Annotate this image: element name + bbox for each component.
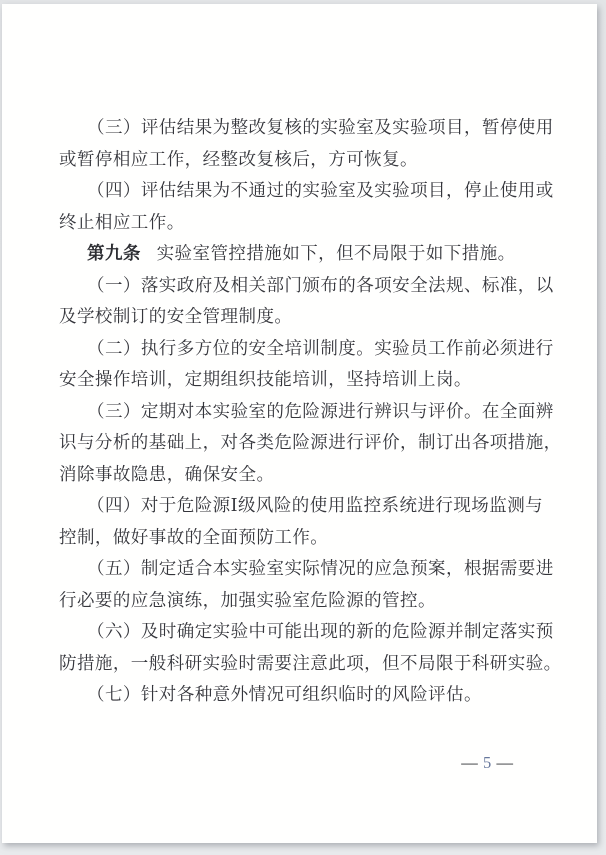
page-number-dash-right: — — [497, 753, 514, 772]
document-line: （三）定期对本实验室的危险源进行辨识与评价。在全面辨 — [59, 396, 553, 428]
document-line: （三）评估结果为整改复核的实验室及实验项目，暂停使用 — [59, 112, 553, 144]
document-line: 消除事故隐患，确保安全。 — [59, 459, 553, 491]
page-number: —5— — [461, 753, 513, 773]
page-number-dash-left: — — [461, 753, 478, 772]
document-line: （四）评估结果为不通过的实验室及实验项目，停止使用或 — [59, 175, 553, 207]
document-line: （五）制定适合本实验室实际情况的应急预案，根据需要进 — [59, 553, 553, 585]
document-line: （一）落实政府及相关部门颁布的各项安全法规、标准，以 — [59, 270, 553, 302]
document-line: 防措施，一般科研实验时需要注意此项，但不局限于科研实验。 — [59, 648, 553, 680]
document-line: （四）对于危险源Ⅰ级风险的使用监控系统进行现场监测与 — [59, 490, 553, 522]
document-line: （六）及时确定实验中可能出现的新的危险源并制定落实预 — [59, 616, 553, 648]
document-line: 及学校制订的安全管理制度。 — [59, 301, 553, 333]
document-line: 控制，做好事故的全面预防工作。 — [59, 522, 553, 554]
document-viewer-background: （三）评估结果为整改复核的实验室及实验项目，暂停使用 或暂停相应工作，经整改复核… — [0, 0, 606, 855]
document-line: 行必要的应急演练，加强实验室危险源的管控。 — [59, 585, 553, 617]
document-body: （三）评估结果为整改复核的实验室及实验项目，暂停使用 或暂停相应工作，经整改复核… — [59, 112, 553, 711]
document-line: 或暂停相应工作，经整改复核后，方可恢复。 — [59, 144, 553, 176]
article-number: 第九条 — [87, 243, 141, 263]
page-number-value: 5 — [483, 753, 491, 772]
document-page: （三）评估结果为整改复核的实验室及实验项目，暂停使用 或暂停相应工作，经整改复核… — [2, 4, 597, 843]
document-line: 安全操作培训，定期组织技能培训，坚持培训上岗。 — [59, 364, 553, 396]
document-line: （二）执行多方位的安全培训制度。实验员工作前必须进行 — [59, 333, 553, 365]
article-heading-text: 实验室管控措施如下，但不局限于如下措施。 — [157, 243, 516, 263]
document-line: （七）针对各种意外情况可组织临时的风险评估。 — [59, 679, 553, 711]
document-line: 终止相应工作。 — [59, 207, 553, 239]
article-9-heading: 第九条实验室管控措施如下，但不局限于如下措施。 — [59, 238, 553, 270]
document-line: 识与分析的基础上，对各类危险源进行评价，制订出各项措施， — [59, 427, 553, 459]
